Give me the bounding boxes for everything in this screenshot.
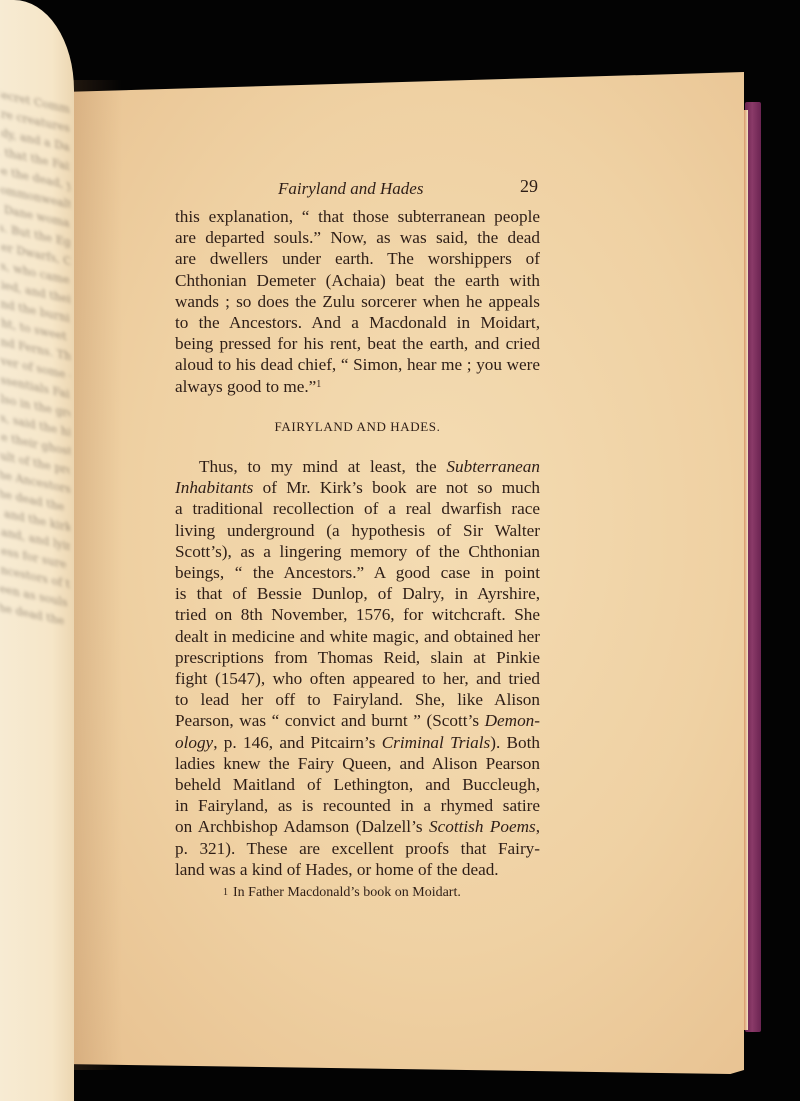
- text-line: always good to me.”1: [175, 376, 540, 397]
- text-line: living underground (a hypothesis of Sir …: [175, 520, 540, 541]
- italic-run: Inhabitants: [175, 478, 253, 497]
- running-head: Fairyland and Hades 29: [175, 178, 540, 202]
- text-line: this explanation, “ that those subterran…: [175, 206, 540, 227]
- text-run: on Archbishop Adamson (Dalzell’s: [175, 817, 429, 836]
- italic-run: Criminal Trials: [382, 733, 491, 752]
- text-line: are departed souls.” Now, as was said, t…: [175, 227, 540, 248]
- text-line: Inhabitants of Mr. Kirk’s book are not s…: [175, 477, 540, 498]
- text-line: ladies knew the Fairy Queen, and Alison …: [175, 753, 540, 774]
- page-number: 29: [520, 176, 538, 197]
- text-line: prescriptions from Thomas Reid, slain at…: [175, 647, 540, 668]
- text-line: aloud to his dead chief, “ Simon, hear m…: [175, 354, 540, 375]
- text-line: tried on 8th November, 1576, for witchcr…: [175, 604, 540, 625]
- text-line: beings, “ the Ancestors.” A good case in…: [175, 562, 540, 583]
- text-run: of Mr. Kirk’s book are not so much: [253, 478, 540, 497]
- paragraph-1: this explanation, “ that those subterran…: [175, 206, 540, 397]
- text-line: dealt in medicine and white magic, and o…: [175, 626, 540, 647]
- text-line: being pressed for his rent, beat the ear…: [175, 333, 540, 354]
- photo-scene: Secret Commonwealth ure creatures. As th…: [0, 0, 800, 1101]
- text-line: ology, p. 146, and Pitcairn’s Criminal T…: [175, 732, 540, 753]
- text-line: are dwellers under earth. The worshipper…: [175, 248, 540, 269]
- text-run: ). Both: [490, 733, 540, 752]
- text-run: Thus, to my mind at least, the: [199, 457, 446, 476]
- left-page-curl: Secret Commonwealth ure creatures. As th…: [0, 0, 74, 1101]
- text-line: Chthonian Demeter (Achaia) beat the eart…: [175, 270, 540, 291]
- italic-run: ology: [175, 733, 213, 752]
- text-line: Scott’s), as a lingering memory of the C…: [175, 541, 540, 562]
- footnote: 1In Father Macdonald’s book on Moidart.: [175, 884, 540, 902]
- italic-run: Demon-: [485, 711, 540, 730]
- text-line: Thus, to my mind at least, the Subterran…: [175, 456, 540, 477]
- text-line: p. 321). These are excellent proofs that…: [175, 838, 540, 859]
- text-line: in Fairyland, as is recounted in a rhyme…: [175, 795, 540, 816]
- text-line: fight (1547), who often appeared to her,…: [175, 668, 540, 689]
- footnote-text: In Father Macdonald’s book on Moidart.: [233, 885, 461, 900]
- page-text-block: Fairyland and Hades 29 this explanation,…: [175, 178, 540, 902]
- text-run: , p. 146, and Pitcairn’s: [213, 733, 382, 752]
- running-title: Fairyland and Hades: [278, 178, 423, 199]
- text-line: to the Ancestors. And a Macdonald in Moi…: [175, 312, 540, 333]
- text-line: land was a kind of Hades, or home of the…: [175, 859, 540, 880]
- text-line: wands ; so does the Zulu sorcerer when h…: [175, 291, 540, 312]
- section-heading: FAIRYLAND AND HADES.: [175, 416, 540, 437]
- footnote-marker: 1: [223, 887, 228, 898]
- text-line: on Archbishop Adamson (Dalzell’s Scottis…: [175, 816, 540, 837]
- paragraph-2: Thus, to my mind at least, the Subterran…: [175, 456, 540, 880]
- text-line: beheld Maitland of Lethington, and Buccl…: [175, 774, 540, 795]
- text-line: a traditional recollection of a real dwa…: [175, 498, 540, 519]
- italic-run: Subterranean: [446, 457, 540, 476]
- text-line-content: always good to me.”: [175, 377, 316, 396]
- text-line: to lead her off to Fairyland. She, like …: [175, 689, 540, 710]
- left-page-blurred-text: Secret Commonwealth ure creatures. As th…: [0, 85, 70, 920]
- footnote-reference: 1: [316, 379, 321, 390]
- text-run: ,: [536, 817, 540, 836]
- italic-run: Scottish Poems: [429, 817, 536, 836]
- text-line: is that of Bessie Dunlop, of Dalry, in A…: [175, 583, 540, 604]
- text-line: Pearson, was “ convict and burnt ” (Scot…: [175, 710, 540, 731]
- text-run: Pearson, was “ convict and burnt ” (Scot…: [175, 711, 485, 730]
